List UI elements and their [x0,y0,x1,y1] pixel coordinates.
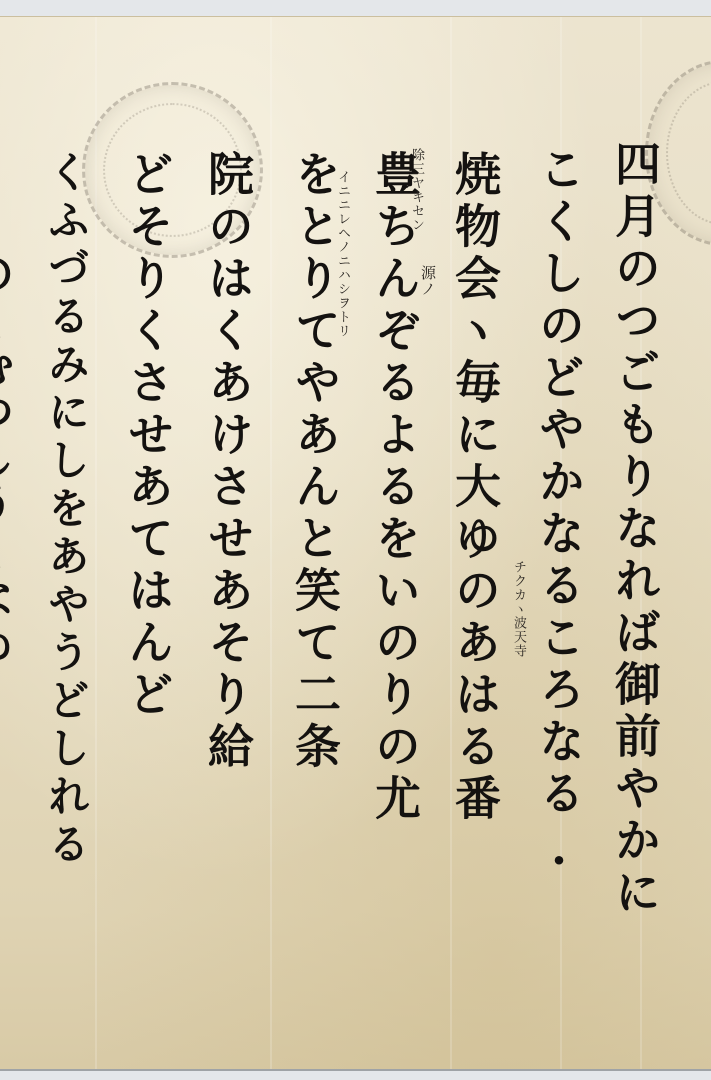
text-column-edge-left: のくむつしうくなゐ [0,250,22,990]
text-column-edge-right: ゝ. [690,90,711,990]
text-column-6: 院のはくあけさせあそり給 [205,150,251,1000]
text-column-8: くふづるみにしをあやうどしれる [45,150,87,1000]
gloss-annotation: チクカヽ波天寺 [512,560,525,658]
gloss-annotation: 源ノ [420,265,435,297]
manuscript-photo: ゝ. 四月のつごもりなれば御前やかに こくしのどやかなるころなる. 焼物会ヽ毎に… [0,0,711,1080]
gloss-annotation: イニニレヘノニハシヲトリ [336,170,349,338]
text-column-3: 焼物会ヽ毎に大ゆのあはる番 [452,150,498,1000]
text-column-2: こくしのどやかなるころなる. [536,145,582,995]
text-column-5: をとりてやあんと笑て二条 [292,150,338,1000]
text-column-7: どそりくさせあてはんど [125,150,171,1000]
text-column-1: 四月のつごもりなれば御前やかに [612,140,658,1000]
paper-fiber [270,17,272,1069]
text-column-4: 豊ちんぞるよるをいのりの尤 [372,150,418,1000]
gloss-annotation: 除三ヤキセン [410,148,423,232]
